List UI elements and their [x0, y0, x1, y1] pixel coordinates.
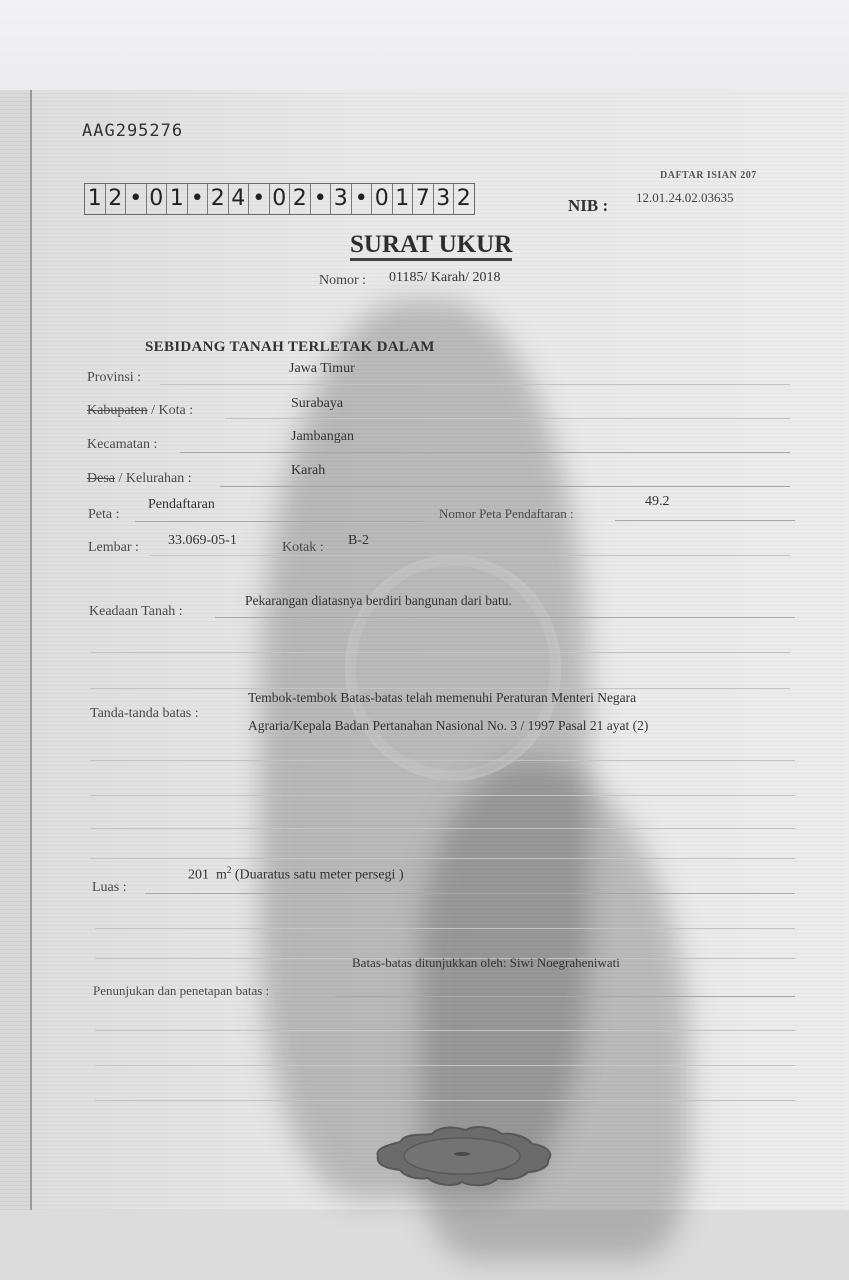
lembar-label: Lembar :	[88, 540, 139, 556]
kelurahan-value: Karah	[291, 463, 325, 479]
parcel-digit-box: 3	[434, 184, 455, 214]
keadaan-tanah-label: Keadaan Tanah :	[89, 604, 183, 620]
penunjukan-label: Penunjukan dan penetapan batas :	[93, 983, 269, 999]
photo-background-top	[0, 0, 849, 92]
parcel-digit-box: 0	[147, 184, 168, 214]
parcel-digit-box: 2	[454, 184, 474, 214]
nomor-peta-label: Nomor Peta Pendaftaran :	[439, 506, 574, 522]
kecamatan-label: Kecamatan :	[87, 437, 157, 453]
parcel-digit-box: •	[126, 184, 147, 214]
nib-label: NIB :	[568, 196, 608, 216]
embossed-seal-icon	[370, 1122, 555, 1190]
tanda-batas-label: Tanda-tanda batas :	[90, 706, 199, 722]
form-code: DAFTAR ISIAN 207	[660, 170, 757, 181]
parcel-digit-box: 1	[167, 184, 188, 214]
document-title: SURAT UKUR	[350, 232, 512, 261]
section-heading: SEBIDANG TANAH TERLETAK DALAM	[145, 339, 435, 356]
parcel-digit-box: 2	[290, 184, 311, 214]
parcel-digit-box: 0	[270, 184, 291, 214]
provinsi-value: Jawa Timur	[289, 361, 355, 377]
kota-label: Kabupaten / Kota :	[87, 403, 193, 419]
luas-label: Luas :	[92, 880, 127, 896]
nomor-peta-value: 49.2	[645, 494, 670, 510]
peta-label: Peta :	[88, 507, 120, 523]
parcel-digit-box: 3	[331, 184, 352, 214]
parcel-digit-box: 1	[85, 184, 106, 214]
luas-value: 201 m2 (Duaratus satu meter persegi )	[188, 865, 404, 884]
desa-struck: Desa	[87, 471, 115, 486]
parcel-digit-box: •	[311, 184, 332, 214]
adjacent-page-edge	[0, 90, 30, 1220]
serial-number: AAG295276	[82, 121, 183, 141]
keadaan-tanah-value: Pekarangan diatasnya berdiri bangunan da…	[245, 593, 512, 609]
peta-value: Pendaftaran	[148, 497, 215, 513]
parcel-digit-box: •	[188, 184, 209, 214]
parcel-digit-box: 0	[372, 184, 393, 214]
parcel-digit-box: 2	[106, 184, 127, 214]
nomor-value: 01185/ Karah/ 2018	[389, 270, 500, 286]
parcel-digit-box: •	[352, 184, 373, 214]
photo-background-bottom	[0, 1210, 849, 1280]
kecamatan-value: Jambangan	[291, 429, 354, 445]
parcel-number-boxes: 12•01•24•02•3•01732	[84, 183, 475, 215]
kotak-value: B-2	[348, 533, 369, 549]
penunjukan-value: Batas-batas ditunjukkan oleh: Siwi Noegr…	[352, 955, 620, 971]
provinsi-label: Provinsi :	[87, 370, 141, 386]
nib-value: 12.01.24.02.03635	[636, 190, 734, 206]
parcel-digit-box: 1	[393, 184, 414, 214]
parcel-digit-box: 2	[208, 184, 229, 214]
kota-value: Surabaya	[291, 396, 343, 412]
tanda-batas-line1: Tembok-tembok Batas-batas telah memenuhi…	[248, 690, 636, 706]
nomor-label: Nomor :	[319, 273, 366, 289]
bpn-watermark-emblem	[345, 555, 561, 781]
kotak-label: Kotak :	[282, 540, 324, 556]
tanda-batas-line2: Agraria/Kepala Badan Pertanahan Nasional…	[248, 718, 648, 734]
kabupaten-struck: Kabupaten	[87, 403, 148, 418]
kelurahan-label: Desa / Kelurahan :	[87, 471, 192, 487]
parcel-digit-box: 7	[413, 184, 434, 214]
lembar-value: 33.069-05-1	[168, 533, 237, 549]
parcel-digit-box: 4	[229, 184, 250, 214]
parcel-digit-box: •	[249, 184, 270, 214]
